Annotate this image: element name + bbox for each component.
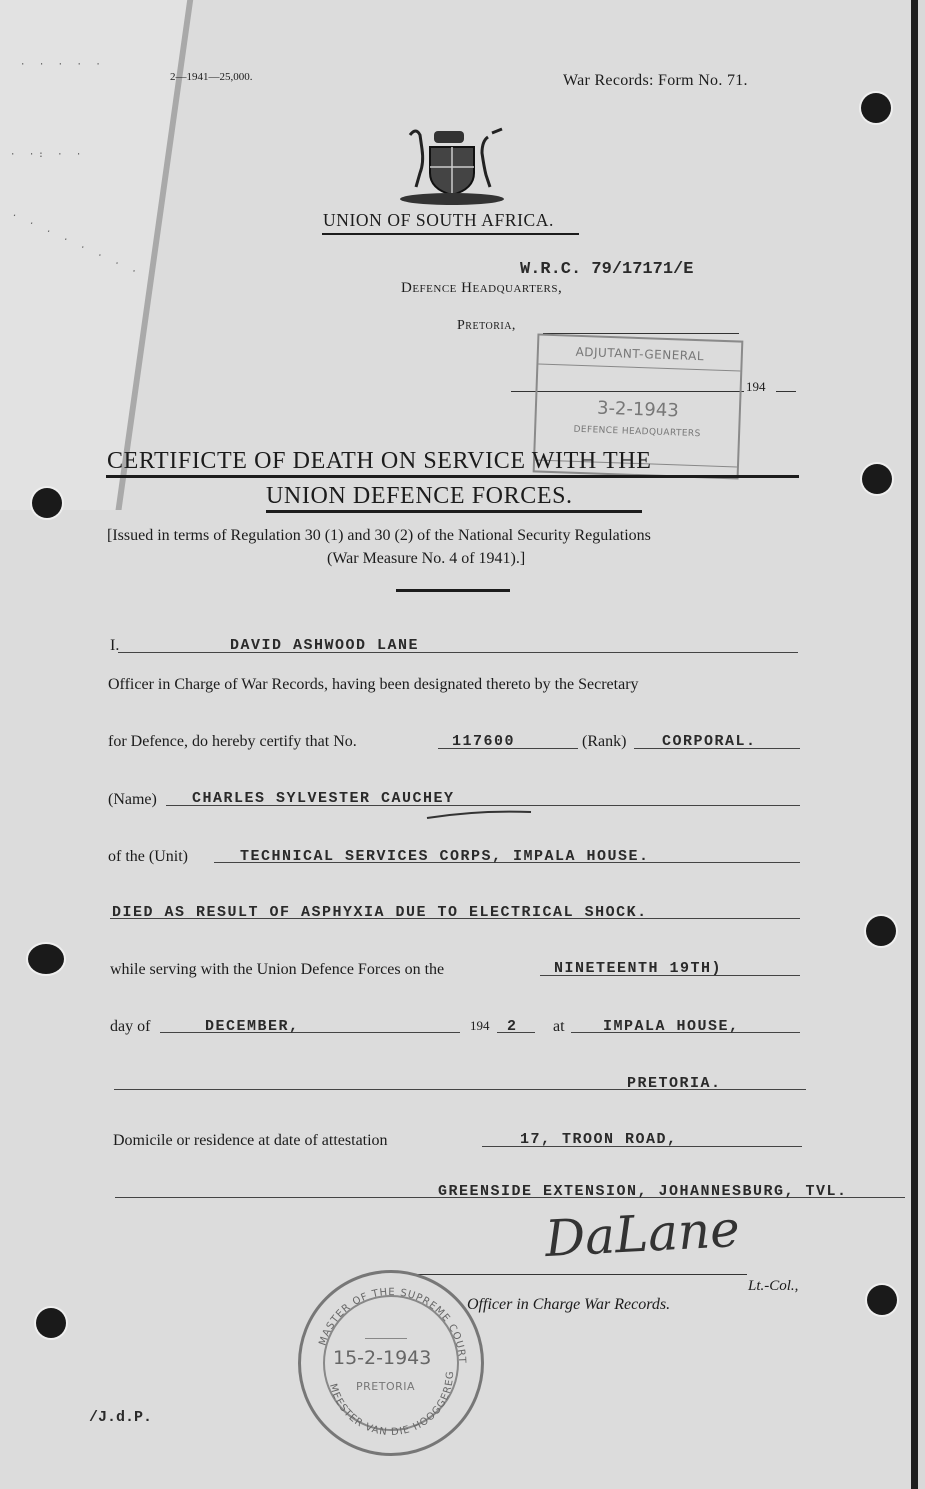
domicile-line2: GREENSIDE EXTENSION, JOHANNESBURG, TVL. <box>438 1183 848 1200</box>
issued-note-line2: (War Measure No. 4 of 1941).] <box>327 550 525 568</box>
punch-hole <box>866 916 896 946</box>
at-label: at <box>553 1018 565 1036</box>
coat-of-arms-icon <box>396 123 508 205</box>
year-prefix: 194 <box>746 379 766 395</box>
handwritten-signature: DaLane <box>544 1200 741 1268</box>
death-month: DECEMBER, <box>205 1018 300 1035</box>
punch-hole <box>36 1308 66 1338</box>
seal-date: 15-2-1943 <box>333 1347 431 1369</box>
year-field-line <box>776 391 796 392</box>
designation-text: Officer in Charge of War Records, having… <box>108 676 639 694</box>
unit-label: of the (Unit) <box>108 848 188 866</box>
deceased-name: CHARLES SYLVESTER CAUCHEY <box>192 790 455 807</box>
day-of-label: day of <box>110 1018 150 1036</box>
domicile-line1: 17, TROON ROAD, <box>520 1131 678 1148</box>
death-day: NINETEENTH 19TH) <box>554 960 722 977</box>
divider <box>396 589 510 592</box>
stamp-footer: DEFENCE HEADQUARTERS <box>536 423 738 440</box>
punch-hole <box>861 93 891 123</box>
divider <box>106 475 799 478</box>
handwritten-underline <box>425 808 535 820</box>
punch-hole <box>32 488 62 518</box>
underlying-sheet-marks: · ·: · · <box>10 150 85 160</box>
unit: TECHNICAL SERVICES CORPS, IMPALA HOUSE. <box>240 848 650 865</box>
year-prefix: 194 <box>470 1018 490 1034</box>
underlying-sheet-marks: · · · · · <box>20 60 105 70</box>
issued-note: [Issued in terms of Regulation 30 (1) an… <box>107 527 651 545</box>
death-place: IMPALA HOUSE, <box>603 1018 740 1035</box>
office-city: Pretoria, <box>457 318 516 334</box>
death-year-digit: 2 <box>507 1018 518 1035</box>
punch-hole <box>867 1285 897 1315</box>
country-heading: UNION OF SOUTH AFRICA. <box>323 210 554 231</box>
certifier-name: DAVID ASHWOOD LANE <box>230 637 419 654</box>
print-code: 2—1941—25,000. <box>170 71 253 83</box>
punch-hole <box>28 944 64 974</box>
divider <box>266 510 642 513</box>
rank: CORPORAL. <box>662 733 757 750</box>
typist-initials: /J.d.P. <box>89 1409 152 1426</box>
divider <box>322 233 579 235</box>
service-number: 117600 <box>452 733 515 750</box>
signatory-title: Officer in Charge War Records. <box>467 1296 670 1314</box>
certificate-title: CERTIFICTE OF DEATH ON SERVICE WITH THE <box>107 448 651 475</box>
signatory-rank: Lt.-Col., <box>748 1278 798 1295</box>
punch-hole <box>862 464 892 494</box>
name-label: (Name) <box>108 791 157 809</box>
office-name: Defence Headquarters, <box>401 280 562 297</box>
form-number: War Records: Form No. 71. <box>563 72 748 90</box>
certificate-title-line2: UNION DEFENCE FORCES. <box>266 483 573 510</box>
seal-place: PRETORIA <box>356 1380 415 1393</box>
field-line <box>118 652 798 653</box>
rank-label: (Rank) <box>582 733 626 751</box>
reference-number: W.R.C. 79/17171/E <box>520 260 693 279</box>
page-edge <box>911 0 918 1489</box>
domicile-label: Domicile or residence at date of attesta… <box>113 1132 388 1150</box>
document-page: · · · · · · ·: · · · · · · · · · · 2—194… <box>0 0 918 1489</box>
stamp-title: ADJUTANT-GENERAL <box>539 344 741 365</box>
cause-of-death: DIED AS RESULT OF ASPHYXIA DUE TO ELECTR… <box>112 904 648 921</box>
serving-text: while serving with the Union Defence For… <box>110 961 444 979</box>
stamp-date: 3-2-1943 <box>537 395 740 423</box>
certify-text: for Defence, do hereby certify that No. <box>108 733 357 751</box>
death-place-line2: PRETORIA. <box>627 1075 722 1092</box>
